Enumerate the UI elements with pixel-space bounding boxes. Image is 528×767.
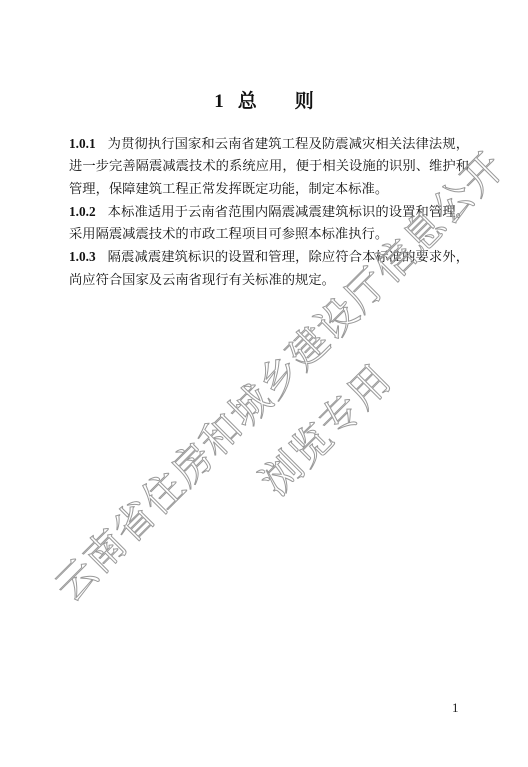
chapter-title-char-2: 则 bbox=[295, 90, 314, 112]
chapter-title-char-1: 总 bbox=[238, 90, 257, 112]
clause-text: 为贯彻执行国家和云南省建筑工程及防震减灾相关法律法规，进一步完善隔震减震技术的系… bbox=[69, 137, 469, 197]
clause-1-0-3: 1.0.3隔震减震建筑标识的设置和管理，除应符合本标准的要求外，尚应符合国家及云… bbox=[69, 246, 469, 292]
clause-number: 1.0.1 bbox=[69, 136, 96, 151]
clause-1-0-1: 1.0.1为贯彻执行国家和云南省建筑工程及防震减灾相关法律法规，进一步完善隔震减… bbox=[69, 133, 469, 201]
chapter-title: 1总则 bbox=[0, 86, 528, 113]
watermark-line-2: 浏览专用 bbox=[246, 350, 402, 506]
clause-1-0-2: 1.0.2本标准适用于云南省范围内隔震减震建筑标识的设置和管理。采用隔震减震技术… bbox=[69, 201, 469, 247]
chapter-number: 1 bbox=[214, 91, 224, 112]
chapter-body: 1.0.1为贯彻执行国家和云南省建筑工程及防震减灾相关法律法规，进一步完善隔震减… bbox=[69, 133, 469, 292]
page-number: 1 bbox=[452, 700, 459, 716]
clause-number: 1.0.3 bbox=[69, 249, 96, 264]
document-page: 1总则 1.0.1为贯彻执行国家和云南省建筑工程及防震减灾相关法律法规，进一步完… bbox=[0, 0, 528, 767]
clause-text: 本标准适用于云南省范围内隔震减震建筑标识的设置和管理。采用隔震减震技术的市政工程… bbox=[69, 205, 469, 242]
clause-text: 隔震减震建筑标识的设置和管理，除应符合本标准的要求外，尚应符合国家及云南省现行有… bbox=[69, 250, 469, 287]
clause-number: 1.0.2 bbox=[69, 204, 96, 219]
